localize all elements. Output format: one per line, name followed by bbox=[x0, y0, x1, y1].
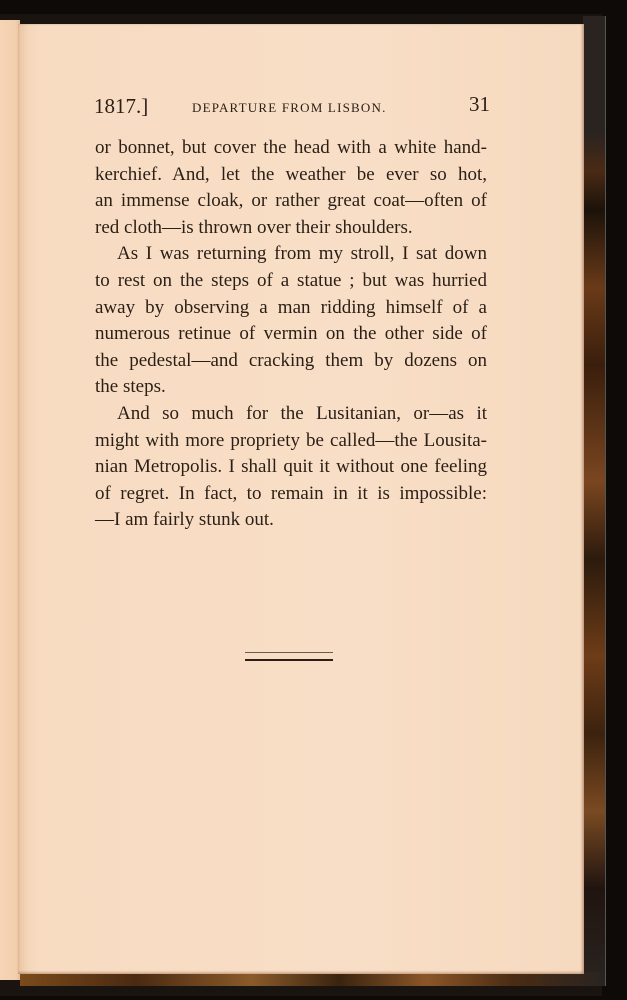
section-end-rule bbox=[245, 652, 333, 661]
facing-page-edge bbox=[0, 20, 20, 980]
text-line: the steps. bbox=[95, 374, 487, 401]
text-line: numerous retinue of vermin on the other … bbox=[95, 321, 487, 348]
paragraph-3: And so much for the Lusitanian, or—as it… bbox=[95, 401, 487, 534]
text-line: As I was returning from my stroll, I sat… bbox=[95, 241, 487, 268]
text-line: And so much for the Lusitanian, or—as it bbox=[95, 401, 487, 428]
text-line: of regret. In fact, to remain in it is i… bbox=[95, 481, 487, 508]
text-line: might with more propriety be called—the … bbox=[95, 428, 487, 455]
text-line: to rest on the steps of a statue ; but w… bbox=[95, 268, 487, 295]
paragraph-2: As I was returning from my stroll, I sat… bbox=[95, 241, 487, 401]
running-head: 1817.] DEPARTURE FROM LISBON. 31 bbox=[94, 94, 504, 120]
running-head-title: DEPARTURE FROM LISBON. bbox=[192, 100, 387, 116]
paragraph-1: or bonnet, but cover the head with a whi… bbox=[95, 135, 487, 241]
text-line: the pedestal—and cracking them by dozens… bbox=[95, 348, 487, 375]
leather-binding-edge bbox=[583, 16, 606, 986]
page-number: 31 bbox=[469, 92, 490, 117]
text-line: away by observing a man ridding himself … bbox=[95, 295, 487, 322]
body-text: or bonnet, but cover the head with a whi… bbox=[95, 135, 487, 534]
text-line: nian Metropolis. I shall quit it without… bbox=[95, 454, 487, 481]
text-line: red cloth—is thrown over their shoulders… bbox=[95, 215, 487, 242]
text-line: —I am fairly stunk out. bbox=[95, 507, 487, 534]
text-line: kerchief. And, let the weather be ever s… bbox=[95, 162, 487, 189]
running-head-year: 1817.] bbox=[94, 94, 148, 119]
text-line: an immense cloak, or rather great coat—o… bbox=[95, 188, 487, 215]
marbled-binding-bottom bbox=[20, 972, 600, 986]
text-line: or bonnet, but cover the head with a whi… bbox=[95, 135, 487, 162]
